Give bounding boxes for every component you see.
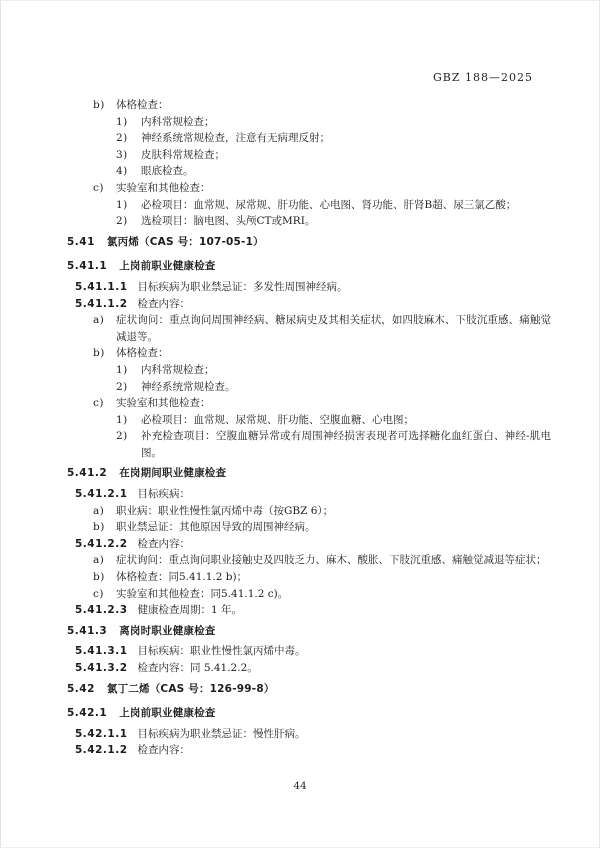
list-item-letter: b)体格检查：同5.41.1.2 b)； bbox=[67, 569, 551, 586]
section-heading: 5.41.1上岗前职业健康检查 bbox=[67, 254, 551, 279]
clause-line: 5.41.2.2检查内容： bbox=[67, 536, 551, 553]
clause-line: 5.41.2.1目标疾病： bbox=[67, 486, 551, 503]
list-item-number: 1)内科常规检查； bbox=[67, 362, 551, 379]
list-item-number: 1)内科常规检查； bbox=[67, 114, 551, 131]
clause-number: 5.41.2 bbox=[67, 467, 107, 479]
line-text: 离岗时职业健康检查 bbox=[119, 625, 215, 637]
section-heading: 5.41.3离岗时职业健康检查 bbox=[67, 619, 551, 644]
clause-number: 5.41.2.2 bbox=[75, 538, 128, 550]
list-item-letter: a)症状询问：重点询问职业接触史及四肢乏力、麻木、酸胀、下肢沉重感、痛触觉减退等… bbox=[67, 552, 551, 569]
list-marker: b) bbox=[93, 569, 105, 586]
line-text: 目标疾病为职业禁忌证：慢性肝病。 bbox=[138, 728, 306, 740]
list-item-letter: a)症状询问：重点询问周围神经病、糖尿病史及其相关症状，如四肢麻木、下肢沉重感、… bbox=[67, 312, 551, 345]
clause-number: 5.41.1.2 bbox=[75, 298, 128, 310]
line-text: 补充检查项目：空腹血糖异常或有周围神经损害表现者可选择糖化血红蛋白、神经-肌电图… bbox=[141, 430, 551, 459]
list-marker: 2) bbox=[116, 130, 128, 147]
list-item-letter: a)职业病：职业性慢性氯丙烯中毒（按GBZ 6）； bbox=[67, 503, 551, 520]
line-text: 职业禁忌证：其他原因导致的周围神经病。 bbox=[116, 521, 316, 533]
list-marker: 3) bbox=[116, 147, 128, 164]
line-text: 神经系统常规检查，注意有无病理反射； bbox=[141, 132, 330, 144]
clause-number: 5.41.1.1 bbox=[75, 281, 128, 293]
line-text: 实验室和其他检查： bbox=[116, 182, 211, 194]
list-item-number: 1)必检项目：血常规、尿常规、肝功能、心电图、肾功能、肝肾B超、尿三氯乙酸； bbox=[67, 197, 551, 214]
page-number: 44 bbox=[1, 780, 599, 792]
clause-number: 5.42 bbox=[67, 683, 95, 695]
line-text: 目标疾病： bbox=[138, 488, 191, 500]
list-marker: b) bbox=[93, 519, 105, 536]
list-item-letter: c)实验室和其他检查： bbox=[67, 180, 551, 197]
line-text: 内科常规检查； bbox=[141, 364, 215, 376]
line-text: 症状询问：重点询问周围神经病、糖尿病史及其相关症状，如四肢麻木、下肢沉重感、痛触… bbox=[116, 314, 551, 343]
document-body: b)体格检查：1)内科常规检查；2)神经系统常规检查，注意有无病理反射；3)皮肤… bbox=[67, 97, 551, 759]
clause-number: 5.41.1 bbox=[67, 260, 107, 272]
clause-line: 5.41.3.2检查内容：同 5.41.2.2。 bbox=[67, 660, 551, 677]
clause-number: 5.42.1 bbox=[67, 707, 107, 719]
clause-number: 5.42.1.2 bbox=[75, 744, 128, 756]
clause-number: 5.41.3.2 bbox=[75, 662, 128, 674]
list-marker: 1) bbox=[116, 197, 128, 214]
line-text: 内科常规检查； bbox=[141, 116, 215, 128]
line-text: 检查内容： bbox=[138, 744, 191, 756]
line-text: 神经系统常规检查。 bbox=[141, 381, 236, 393]
line-text: 体格检查： bbox=[116, 99, 169, 111]
line-text: 上岗前职业健康检查 bbox=[119, 707, 215, 719]
line-text: 实验室和其他检查： bbox=[116, 397, 211, 409]
clause-line: 5.42.1.1目标疾病为职业禁忌证：慢性肝病。 bbox=[67, 726, 551, 743]
line-text: 必检项目：血常规、尿常规、肝功能、空腹血糖、心电图； bbox=[141, 414, 414, 426]
list-item-letter: b)体格检查： bbox=[67, 97, 551, 114]
list-marker: 4) bbox=[116, 163, 128, 180]
clause-line: 5.41.3.1目标疾病：职业性慢性氯丙烯中毒。 bbox=[67, 643, 551, 660]
list-marker: 2) bbox=[116, 379, 128, 396]
list-item-letter: c)实验室和其他检查： bbox=[67, 395, 551, 412]
clause-line: 5.41.1.2检查内容： bbox=[67, 296, 551, 313]
line-text: 检查内容：同 5.41.2.2。 bbox=[138, 662, 258, 674]
clause-number: 5.41.3 bbox=[67, 625, 107, 637]
section-heading: 5.42.1上岗前职业健康检查 bbox=[67, 701, 551, 726]
list-marker: c) bbox=[93, 586, 104, 603]
list-item-letter: b)体格检查： bbox=[67, 345, 551, 362]
line-text: 氯丙烯（CAS 号：107-05-1） bbox=[107, 236, 264, 248]
standard-number-header: GBZ 188—2025 bbox=[433, 71, 533, 84]
line-text: 皮肤科常规检查； bbox=[141, 149, 225, 161]
clause-number: 5.41.3.1 bbox=[75, 645, 128, 657]
line-text: 职业病：职业性慢性氯丙烯中毒（按GBZ 6）； bbox=[116, 505, 333, 517]
list-marker: c) bbox=[93, 395, 104, 412]
list-marker: c) bbox=[93, 180, 104, 197]
line-text: 健康检查周期：1 年。 bbox=[138, 604, 243, 616]
list-marker: b) bbox=[93, 345, 105, 362]
list-item-number: 3)皮肤科常规检查； bbox=[67, 147, 551, 164]
list-item-number: 1)必检项目：血常规、尿常规、肝功能、空腹血糖、心电图； bbox=[67, 412, 551, 429]
list-marker: 2) bbox=[116, 213, 128, 230]
list-marker: 1) bbox=[116, 114, 128, 131]
section-heading: 5.41氯丙烯（CAS 号：107-05-1） bbox=[67, 230, 551, 255]
line-text: 氯丁二烯（CAS 号：126-99-8） bbox=[107, 683, 275, 695]
line-text: 体格检查： bbox=[116, 347, 169, 359]
line-text: 症状询问：重点询问职业接触史及四肢乏力、麻木、酸胀、下肢沉重感、痛触觉减退等症状… bbox=[116, 554, 547, 566]
clause-number: 5.41.2.1 bbox=[75, 488, 128, 500]
clause-number: 5.42.1.1 bbox=[75, 728, 128, 740]
list-marker: a) bbox=[93, 312, 104, 329]
list-marker: 2) bbox=[116, 428, 128, 445]
section-heading: 5.42氯丁二烯（CAS 号：126-99-8） bbox=[67, 677, 551, 702]
list-item-letter: c)实验室和其他检查：同5.41.1.2 c)。 bbox=[67, 586, 551, 603]
section-heading: 5.41.2在岗期间职业健康检查 bbox=[67, 461, 551, 486]
line-text: 检查内容： bbox=[138, 298, 191, 310]
clause-line: 5.41.2.3健康检查周期：1 年。 bbox=[67, 602, 551, 619]
list-item-number: 2)补充检查项目：空腹血糖异常或有周围神经损害表现者可选择糖化血红蛋白、神经-肌… bbox=[67, 428, 551, 461]
list-marker: a) bbox=[93, 552, 104, 569]
list-marker: 1) bbox=[116, 412, 128, 429]
line-text: 上岗前职业健康检查 bbox=[119, 260, 215, 272]
list-item-letter: b)职业禁忌证：其他原因导致的周围神经病。 bbox=[67, 519, 551, 536]
list-marker: 1) bbox=[116, 362, 128, 379]
line-text: 实验室和其他检查：同5.41.1.2 c)。 bbox=[116, 588, 288, 600]
clause-number: 5.41.2.3 bbox=[75, 604, 128, 616]
list-item-number: 2)神经系统常规检查，注意有无病理反射； bbox=[67, 130, 551, 147]
list-item-number: 2)神经系统常规检查。 bbox=[67, 379, 551, 396]
list-item-number: 4)眼底检查。 bbox=[67, 163, 551, 180]
document-page: GBZ 188—2025 b)体格检查：1)内科常规检查；2)神经系统常规检查，… bbox=[0, 0, 600, 848]
list-marker: b) bbox=[93, 97, 105, 114]
list-marker: a) bbox=[93, 503, 104, 520]
line-text: 体格检查：同5.41.1.2 b)； bbox=[116, 571, 247, 583]
line-text: 目标疾病：职业性慢性氯丙烯中毒。 bbox=[138, 645, 306, 657]
clause-number: 5.41 bbox=[67, 236, 95, 248]
clause-line: 5.42.1.2检查内容： bbox=[67, 742, 551, 759]
line-text: 眼底检查。 bbox=[141, 165, 194, 177]
list-item-number: 2)选检项目：脑电图、头颅CT或MRI。 bbox=[67, 213, 551, 230]
line-text: 选检项目：脑电图、头颅CT或MRI。 bbox=[141, 215, 315, 227]
line-text: 目标疾病为职业禁忌证：多发性周围神经病。 bbox=[138, 281, 348, 293]
line-text: 在岗期间职业健康检查 bbox=[119, 467, 226, 479]
line-text: 检查内容： bbox=[138, 538, 191, 550]
clause-line: 5.41.1.1目标疾病为职业禁忌证：多发性周围神经病。 bbox=[67, 279, 551, 296]
line-text: 必检项目：血常规、尿常规、肝功能、心电图、肾功能、肝肾B超、尿三氯乙酸； bbox=[141, 199, 516, 211]
